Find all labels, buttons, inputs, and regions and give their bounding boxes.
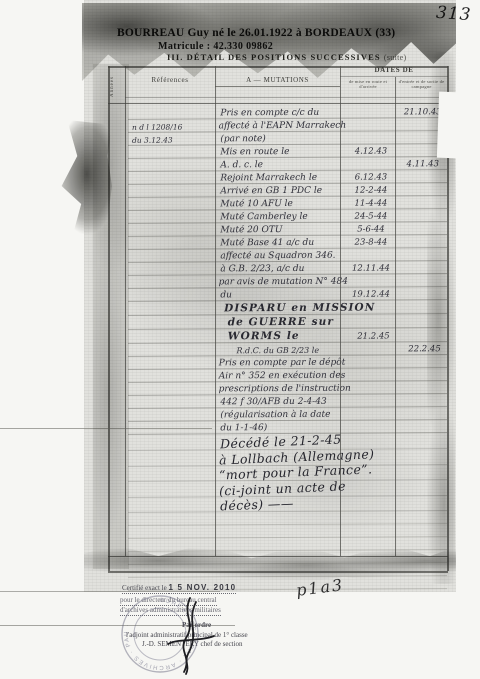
row-mutation-text: Pris en compte par le dépôt xyxy=(213,358,346,369)
row-mutation-text: du xyxy=(214,290,343,301)
column-subhead-date2: d'entrée et de sortie de campagne xyxy=(398,80,445,89)
row-date-1: 4.12.43 xyxy=(343,146,398,156)
row-mutation-text: Air n° 352 en exécution des xyxy=(213,371,346,382)
row-mutation-text: Rejoint Marrakech le xyxy=(214,173,343,184)
row-date-1: 6.12.43 xyxy=(343,172,398,182)
empty-ruled-row xyxy=(128,550,447,565)
column-subhead-date1: de mise en route et d'arrivée xyxy=(343,80,393,89)
column-header-annees: Années xyxy=(110,70,124,104)
row-reference: n d l 1208/16 xyxy=(128,122,213,131)
row-mutation-text: affecté au Squadron 346. xyxy=(214,251,343,262)
identity-header: BOURREAU Guy né le 26.01.1922 à BORDEAUX… xyxy=(117,27,395,39)
row-mutation-text: de GUERRE sur xyxy=(212,316,347,329)
row-mutation-text: WORMS le xyxy=(212,330,347,343)
round-office-stamp: BUREAU CENTRAL · ARCHIVES · PAU · xyxy=(112,592,232,678)
row-mutation-text: Pris en compte c/c du xyxy=(214,108,343,119)
table-divider-references xyxy=(215,66,216,556)
row-mutation-text: 442 f 30/AFB du 2-4-43 xyxy=(214,397,343,408)
section-title-suffix: (suite) xyxy=(384,53,407,62)
column-header-mutations: A — MUTATIONS xyxy=(215,76,340,87)
row-mutation-text: par avis de mutation N° 484 xyxy=(213,277,346,288)
column-header-references: Références xyxy=(125,76,215,84)
empty-ruled-row xyxy=(128,511,447,526)
row-date-1: 24-5-44 xyxy=(343,211,398,221)
row-mutation-text: affecté à l'EAPN Marrakech xyxy=(213,121,346,132)
row-mutation-text: (régularisation à la date xyxy=(214,410,343,421)
row-date-1: 23-8-44 xyxy=(343,237,398,247)
row-date-1: 5-6-44 xyxy=(343,224,398,234)
table-body: Pris en compte c/c du21.10.43n d l 1208/… xyxy=(128,106,447,590)
row-mutation-text: prescriptions de l'instruction xyxy=(213,384,346,395)
table-border-left xyxy=(108,66,110,571)
row-mutation-text: à G.B. 2/23, a/c du xyxy=(214,264,343,275)
row-reference: du 3.12.43 xyxy=(128,135,214,144)
dates-group-underline xyxy=(340,76,448,77)
table-divider-annees xyxy=(125,66,126,556)
row-date-2: 22.2.45 xyxy=(402,344,447,354)
table-row: “mort pour la France”. xyxy=(128,464,447,481)
row-mutation-text: décès) —— xyxy=(214,493,344,513)
row-mutation-text: A. d. c. le xyxy=(214,160,343,171)
table-row: décès) —— xyxy=(128,495,447,512)
row-date-1: 11-4-44 xyxy=(343,198,398,208)
row-date-1: 19.12.44 xyxy=(343,289,398,299)
table-row: à Lollbach (Allemagne) xyxy=(128,449,447,466)
row-mutation-text: Mis en route le xyxy=(214,147,343,158)
table-divider-mutations xyxy=(340,66,341,556)
row-date-1: 21.2.45 xyxy=(347,331,400,341)
page-corner-number: 313 xyxy=(435,3,472,25)
row-date-1: 12.11.44 xyxy=(343,263,398,273)
row-mutation-text: DISPARU en MISSION xyxy=(208,302,351,315)
row-mutation-text: Muté Base 41 a/c du xyxy=(214,238,343,249)
table-border-top xyxy=(108,66,448,68)
table-border-bottom-outer xyxy=(108,571,448,573)
table-divider-dates xyxy=(395,77,396,556)
row-mutation-text: Muté 10 AFU le xyxy=(214,199,343,210)
row-date-1: 12-2-44 xyxy=(343,185,398,195)
section-title: III. DÉTAIL DES POSITIONS SUCCESSIVES (s… xyxy=(167,52,406,62)
header-underline-2 xyxy=(108,103,448,104)
table-border-bottom-inner xyxy=(108,556,448,557)
header-underline-1 xyxy=(125,97,447,98)
fold-line-1 xyxy=(0,428,212,429)
certified-line: Certifié exact le 1 5 NOV. 2010 xyxy=(122,583,236,592)
empty-ruled-row xyxy=(128,563,447,578)
row-date-2: 4.11.43 xyxy=(399,159,447,169)
empty-ruled-row xyxy=(128,524,447,539)
section-title-text: III. DÉTAIL DES POSITIONS SUCCESSIVES xyxy=(167,52,381,62)
row-mutation-text: R.d.C. du GB 2/23 le xyxy=(208,346,350,356)
row-mutation-text: (par note) xyxy=(214,134,343,145)
table-row: (ci-joint un acte de xyxy=(128,480,447,497)
row-mutation-text: Muté Camberley le xyxy=(214,212,343,223)
row-mutation-text: Muté 20 OTU xyxy=(214,225,343,236)
matricule-line: Matricule : 42.330 09862 xyxy=(158,41,273,52)
stamp-rim-text: BUREAU CENTRAL · ARCHIVES · PAU · xyxy=(124,598,196,670)
table-row: Décédé le 21-2-45 xyxy=(128,433,447,450)
empty-ruled-row xyxy=(128,537,447,552)
svg-text:BUREAU CENTRAL · ARCHIVES · PA: BUREAU CENTRAL · ARCHIVES · PAU · xyxy=(124,598,196,670)
row-mutation-text: Arrivé en GB 1 PDC le xyxy=(214,186,343,197)
torn-white-patch xyxy=(437,92,461,159)
